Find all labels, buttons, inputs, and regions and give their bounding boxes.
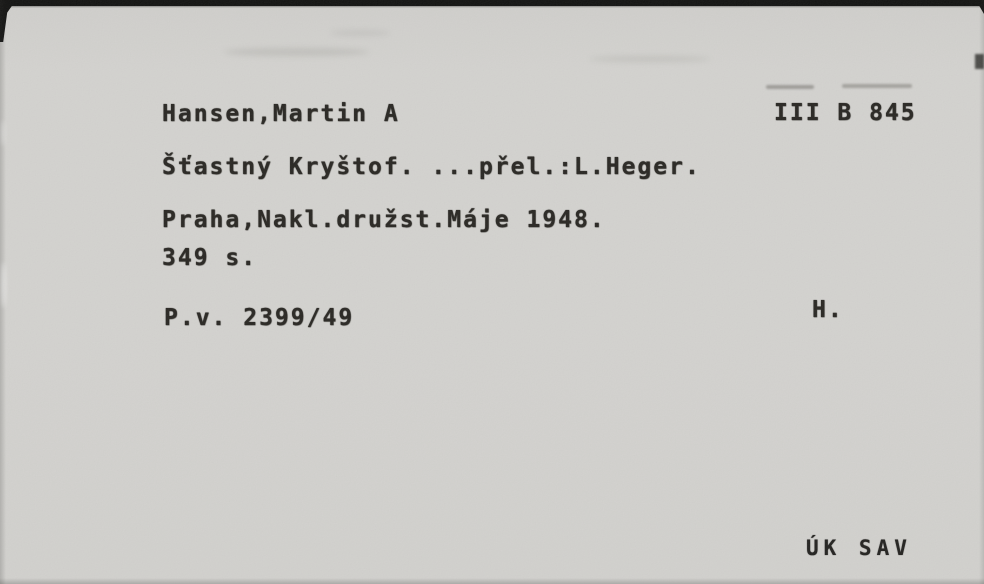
imprint-line: Praha,Nakl.družst.Máje 1948. (162, 207, 606, 233)
library-stamp: ÚK SAV (806, 536, 912, 560)
annotation-initial: H. (812, 297, 844, 323)
accession-number: P.v. 2399/49 (164, 305, 354, 331)
scan-top-edge-shadow (0, 5, 984, 8)
scan-bottom-edge (0, 578, 984, 584)
smudge-mark (766, 85, 814, 89)
smudge-mark (224, 48, 369, 56)
call-number: III B 845 (774, 100, 917, 126)
paper-texture (0, 0, 984, 584)
author-heading: Hansen,Martin A (162, 101, 400, 127)
smudge-mark (590, 56, 710, 62)
catalog-card: Hansen,Martin A III B 845 Šťastný Kryšto… (0, 0, 984, 584)
smudge-mark (330, 30, 390, 36)
scan-left-edge (0, 0, 6, 584)
title-statement: Šťastný Kryštof. ...přel.:L.Heger. (162, 154, 701, 180)
smudge-mark (842, 84, 912, 88)
scan-right-edge (979, 0, 984, 584)
pagination-line: 349 s. (162, 245, 257, 271)
